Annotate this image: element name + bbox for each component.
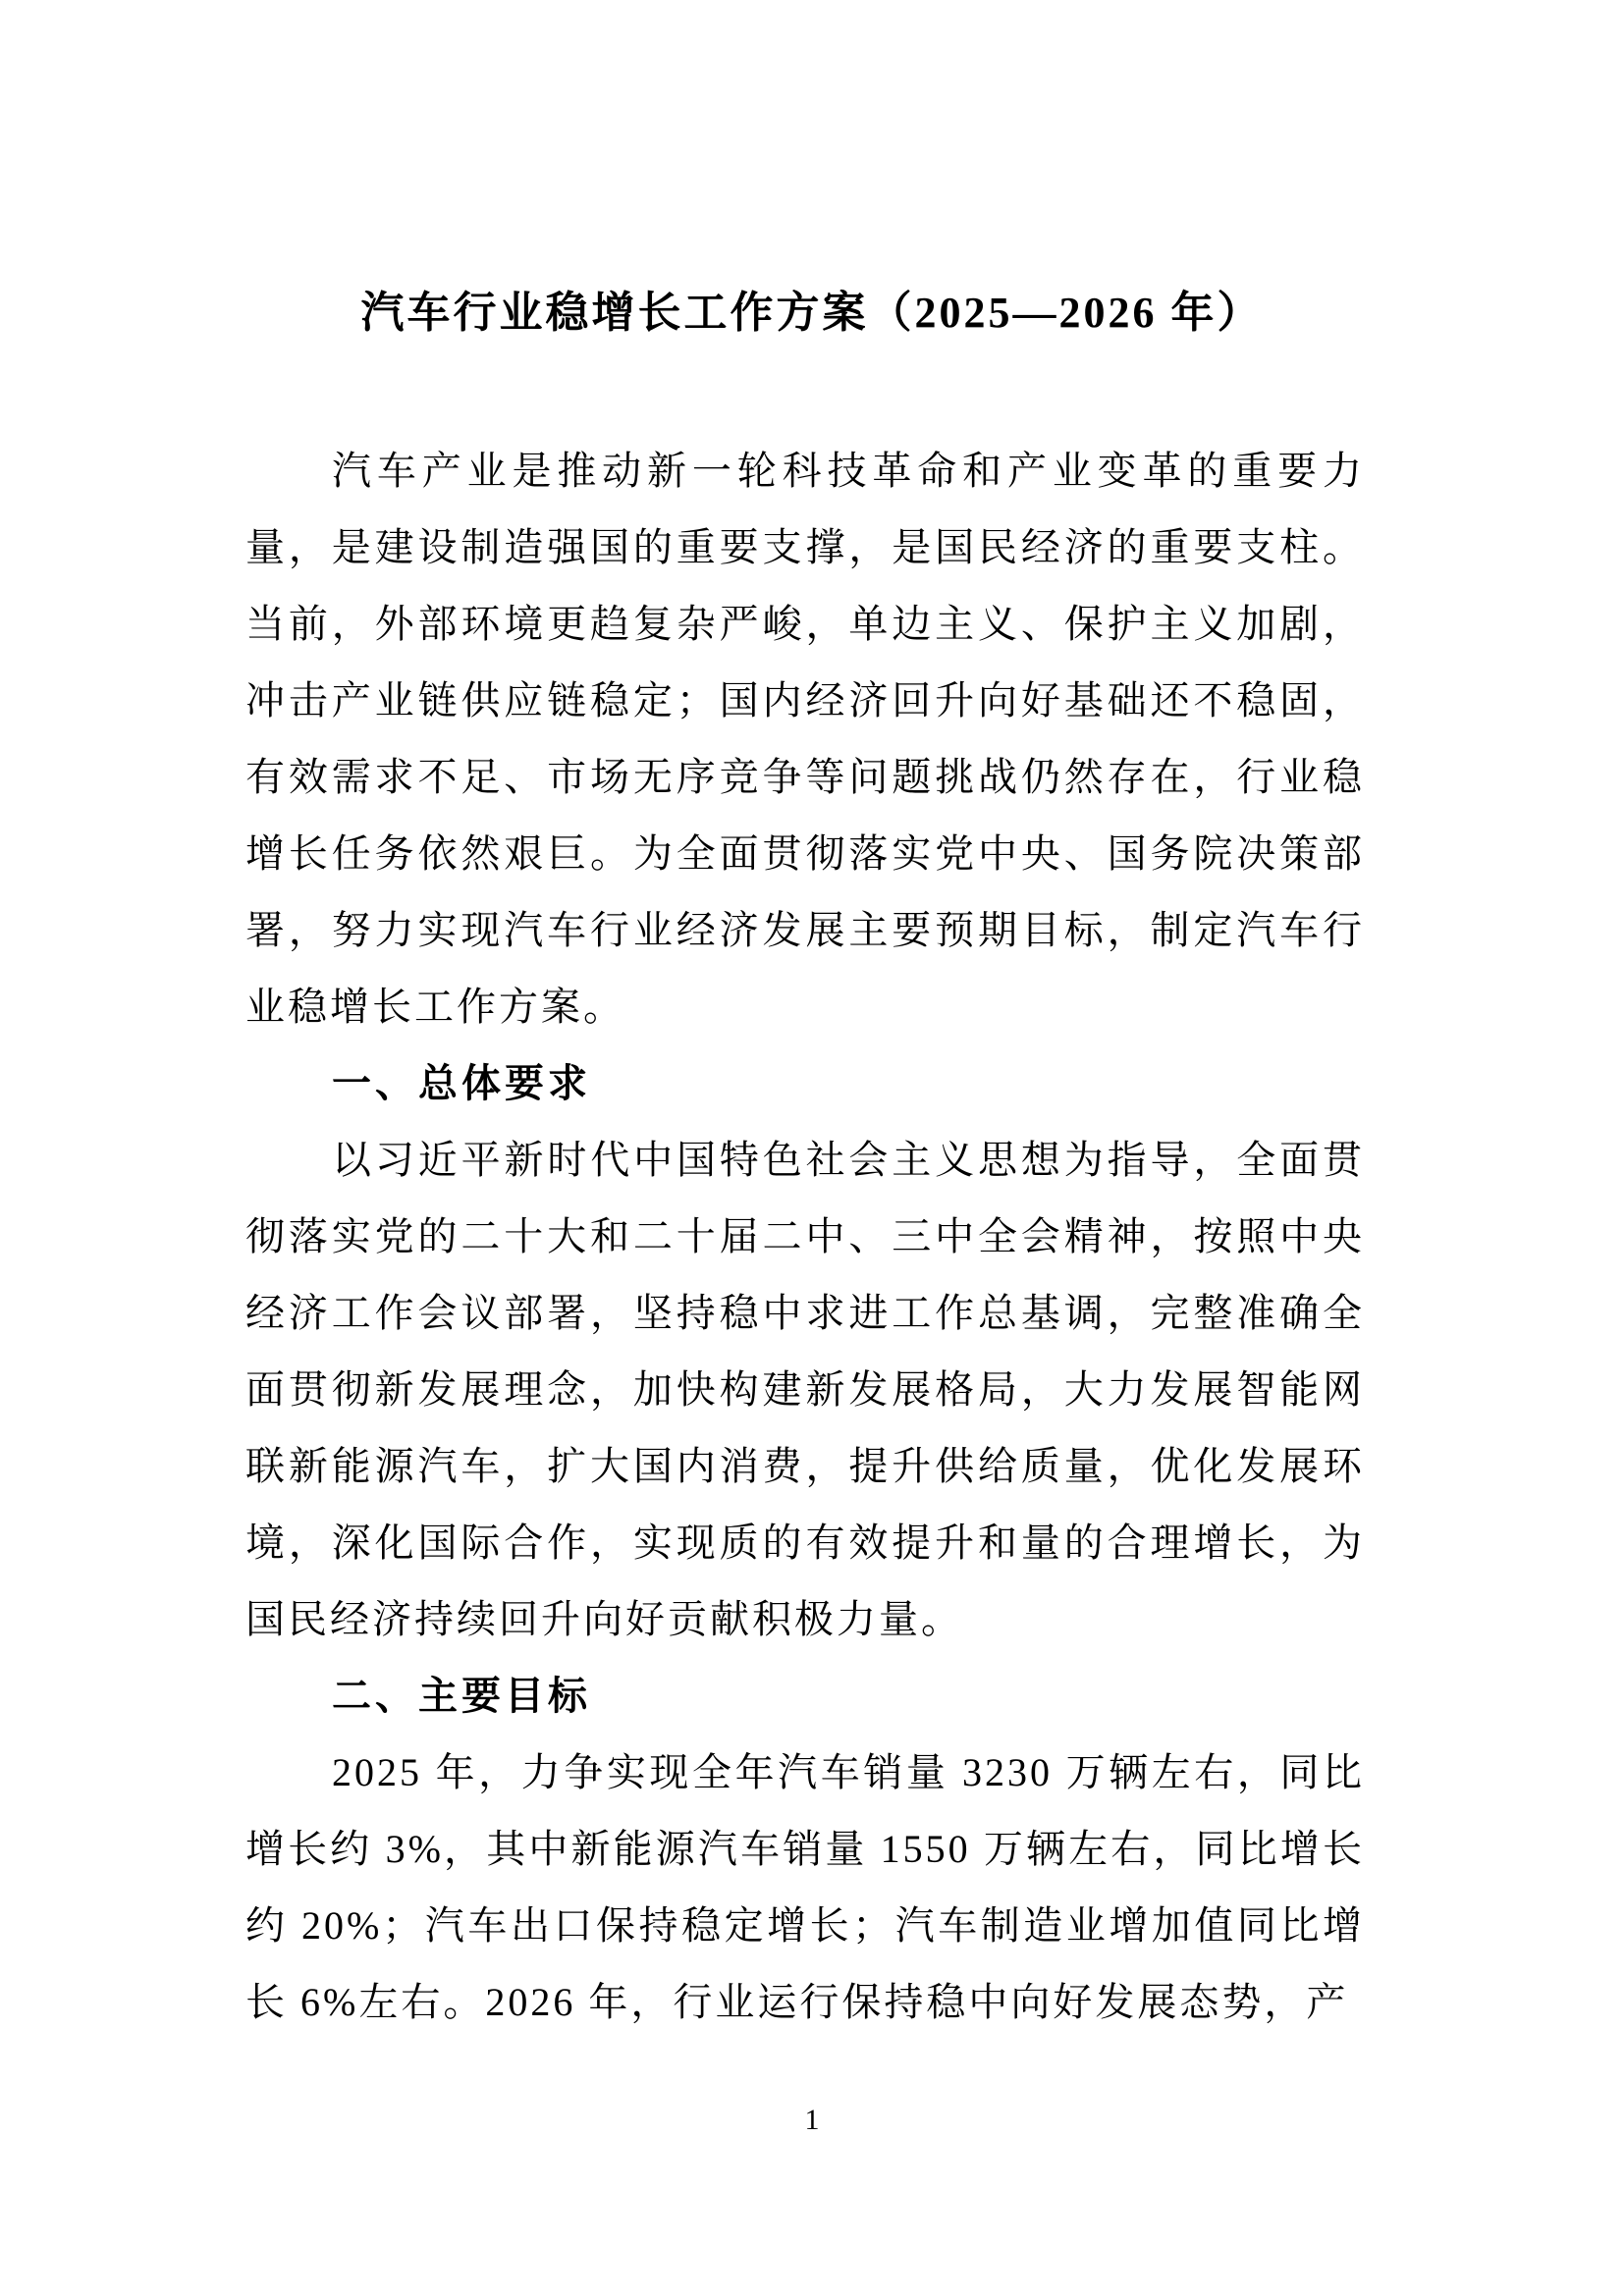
paragraph-industry-overview: 汽车产业是推动新一轮科技革命和产业变革的重要力量，是建设制造强国的重要支撑，是国…: [245, 433, 1365, 1045]
document-page: 汽车行业稳增长工作方案（2025—2026 年） 汽车产业是推动新一轮科技革命和…: [0, 0, 1624, 2296]
paragraph-sales-targets: 2025 年，力争实现全年汽车销量 3230 万辆左右，同比增长约 3%，其中新…: [245, 1735, 1365, 2041]
page-number: 1: [0, 2101, 1624, 2140]
document-body: 汽车产业是推动新一轮科技革命和产业变革的重要力量，是建设制造强国的重要支撑，是国…: [245, 433, 1365, 2041]
paragraph-guiding-principles: 以习近平新时代中国特色社会主义思想为指导，全面贯彻落实党的二十大和二十届二中、三…: [245, 1122, 1365, 1658]
section-heading-main-goals: 二、主要目标: [245, 1658, 1365, 1735]
section-heading-overall-requirements: 一、总体要求: [245, 1045, 1365, 1122]
document-title: 汽车行业稳增长工作方案（2025—2026 年）: [0, 287, 1624, 340]
